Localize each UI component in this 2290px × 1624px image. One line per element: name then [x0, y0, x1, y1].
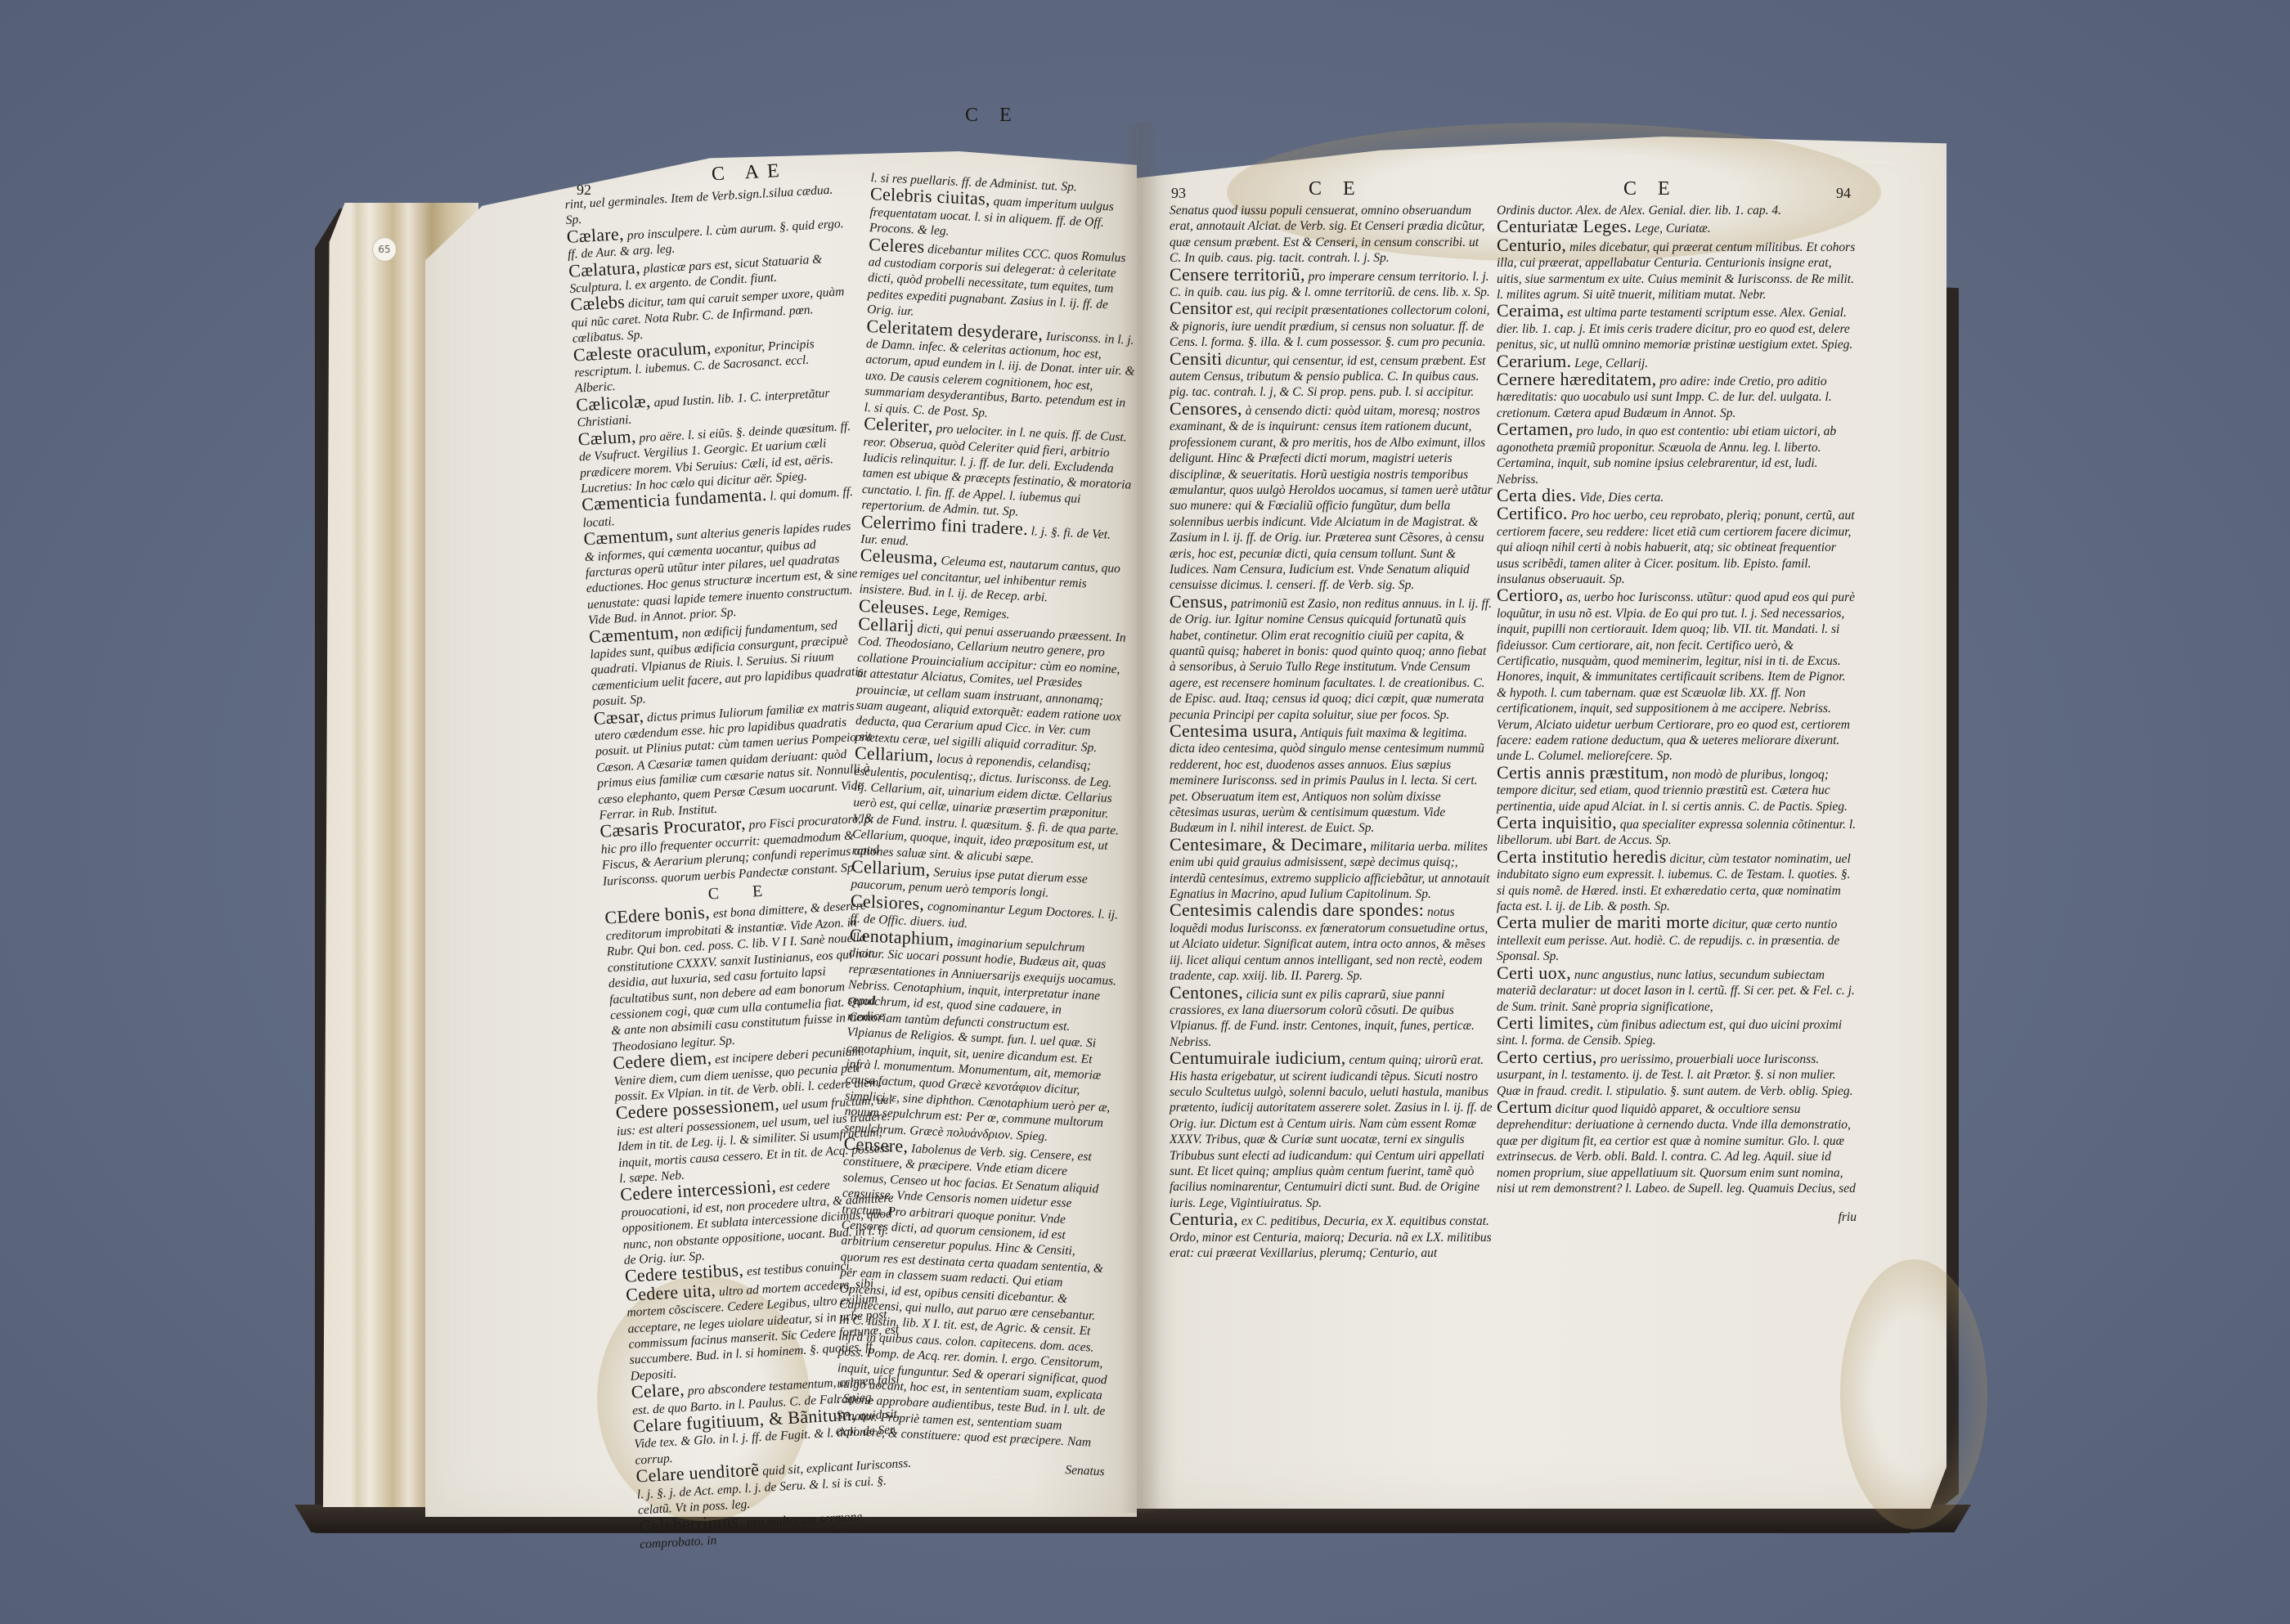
- dictionary-entry: Certa inquisitio, qua specialiter expres…: [1497, 814, 1857, 849]
- right-page-column-2: Ordinis ductor. Alex. de Alex. Genial. d…: [1497, 200, 1857, 1238]
- dictionary-entry: Centurio, miles dicebatur, qui præerat c…: [1497, 237, 1857, 303]
- dictionary-entry: Centumuirale iudicium, centum quinq; uir…: [1170, 1050, 1493, 1211]
- dictionary-entry: Cellarium, locus à reponendis, celandisq…: [851, 745, 1125, 871]
- dictionary-entry: Centesimis calendis dare spondes: notus …: [1170, 902, 1493, 984]
- running-head-left-col2: C E: [965, 105, 1020, 127]
- dictionary-entry: Certi limites, cùm finibus adiectum est,…: [1497, 1015, 1857, 1049]
- dictionary-entry: Celeres dicebantur milites CCC. quos Rom…: [867, 236, 1139, 330]
- dictionary-entry: Certis annis præstitum, non modò de plur…: [1497, 765, 1857, 814]
- dictionary-entry: Cenotaphium, imaginarium sepulchrum dici…: [844, 926, 1120, 1147]
- dictionary-entry: Senatus quod iussu populi censuerat, omn…: [1170, 200, 1493, 267]
- dictionary-entry: Certa institutio heredis dicitur, cùm te…: [1497, 849, 1857, 915]
- dictionary-entry: Centones, cilicia sunt ex pilis caprarũ,…: [1170, 985, 1493, 1051]
- dictionary-entry: Certamen, pro ludo, in quo est contentio…: [1497, 421, 1857, 487]
- dictionary-entry: Censores, à censendo dicti: quòd uitam, …: [1170, 401, 1493, 594]
- running-head-right-col1: C E: [1309, 178, 1363, 200]
- right-page-column-1: Senatus quod iussu populi censuerat, omn…: [1170, 200, 1493, 1261]
- left-page-column-2: l. si res puellaris. ff. de Administ. tu…: [834, 168, 1141, 1492]
- photograph: 65 92 C AE C E rint, uel germinales. Ite…: [0, 0, 2290, 1624]
- dictionary-entry: Celeritatem desyderare, Iurisconss. in l…: [864, 318, 1137, 428]
- shelf-label-sticker: 65: [372, 237, 397, 262]
- water-stain: [1840, 1259, 1987, 1529]
- dictionary-entry: Certifico. Pro hoc uerbo, ceu reprobato,…: [1497, 505, 1857, 587]
- dictionary-entry: Centesimare, & Decimare, militaria uerba…: [1170, 837, 1493, 903]
- folio-number-right-left: 93: [1171, 185, 1186, 202]
- dictionary-entry: Centuria, ex C. peditibus, Decuria, ex X…: [1170, 1211, 1493, 1261]
- dictionary-entry: Celeriter, pro uelociter. in l. ne quis.…: [861, 415, 1134, 525]
- dictionary-entry: Cellarij dicti, qui penui asseruando præ…: [855, 616, 1128, 757]
- dictionary-entry: Cæsaris Procurator, pro Fisci procurator…: [599, 808, 881, 889]
- dictionary-entry: Censere, Iabolenus de Verb. sig. Censere…: [836, 1136, 1114, 1452]
- dictionary-entry: Censiti dicuntur, qui censentur, id est,…: [1170, 351, 1493, 401]
- dictionary-entry: Certi uox, nunc angustius, nunc latius, …: [1497, 965, 1857, 1015]
- dictionary-entry: Centesima usura, Antiquis fuit maxima & …: [1170, 723, 1493, 837]
- dictionary-entry: Census, patrimoniũ est Zasio, non reditu…: [1170, 594, 1493, 723]
- folio-number-right: 94: [1836, 185, 1851, 202]
- dictionary-entry: Certo certius, pro uerissimo, prouerbial…: [1497, 1049, 1857, 1099]
- dictionary-entry: Cæmentum, sunt alterius generis lapides …: [583, 516, 866, 629]
- dictionary-entry: Cæsar, dictus primus Iuliorum familiæ ex…: [593, 695, 877, 824]
- dictionary-entry: Certum dicitur quod liquidò apparet, & o…: [1497, 1099, 1857, 1196]
- catchword: friu: [1497, 1209, 1857, 1225]
- running-head-right-col2: C E: [1623, 178, 1678, 200]
- dictionary-entry: Ceraima, est ultima parte testamenti scr…: [1497, 303, 1857, 352]
- dictionary-entry: Cernere hæreditatem, pro adire: inde Cre…: [1497, 371, 1857, 421]
- dictionary-entry: Cæmentum, non ædificij fundamentum, sed …: [589, 613, 871, 711]
- dictionary-entry: Censitor est, qui recipit præsentationes…: [1170, 300, 1493, 350]
- dictionary-entry: Censere territoriũ, pro imperare censum …: [1170, 267, 1493, 301]
- dictionary-entry: Certa mulier de mariti morte dicitur, qu…: [1497, 914, 1857, 964]
- dictionary-entry: Certioro, as, uerbo hoc Iurisconss. utũt…: [1497, 587, 1857, 764]
- catchword: Senatus: [835, 1452, 1105, 1480]
